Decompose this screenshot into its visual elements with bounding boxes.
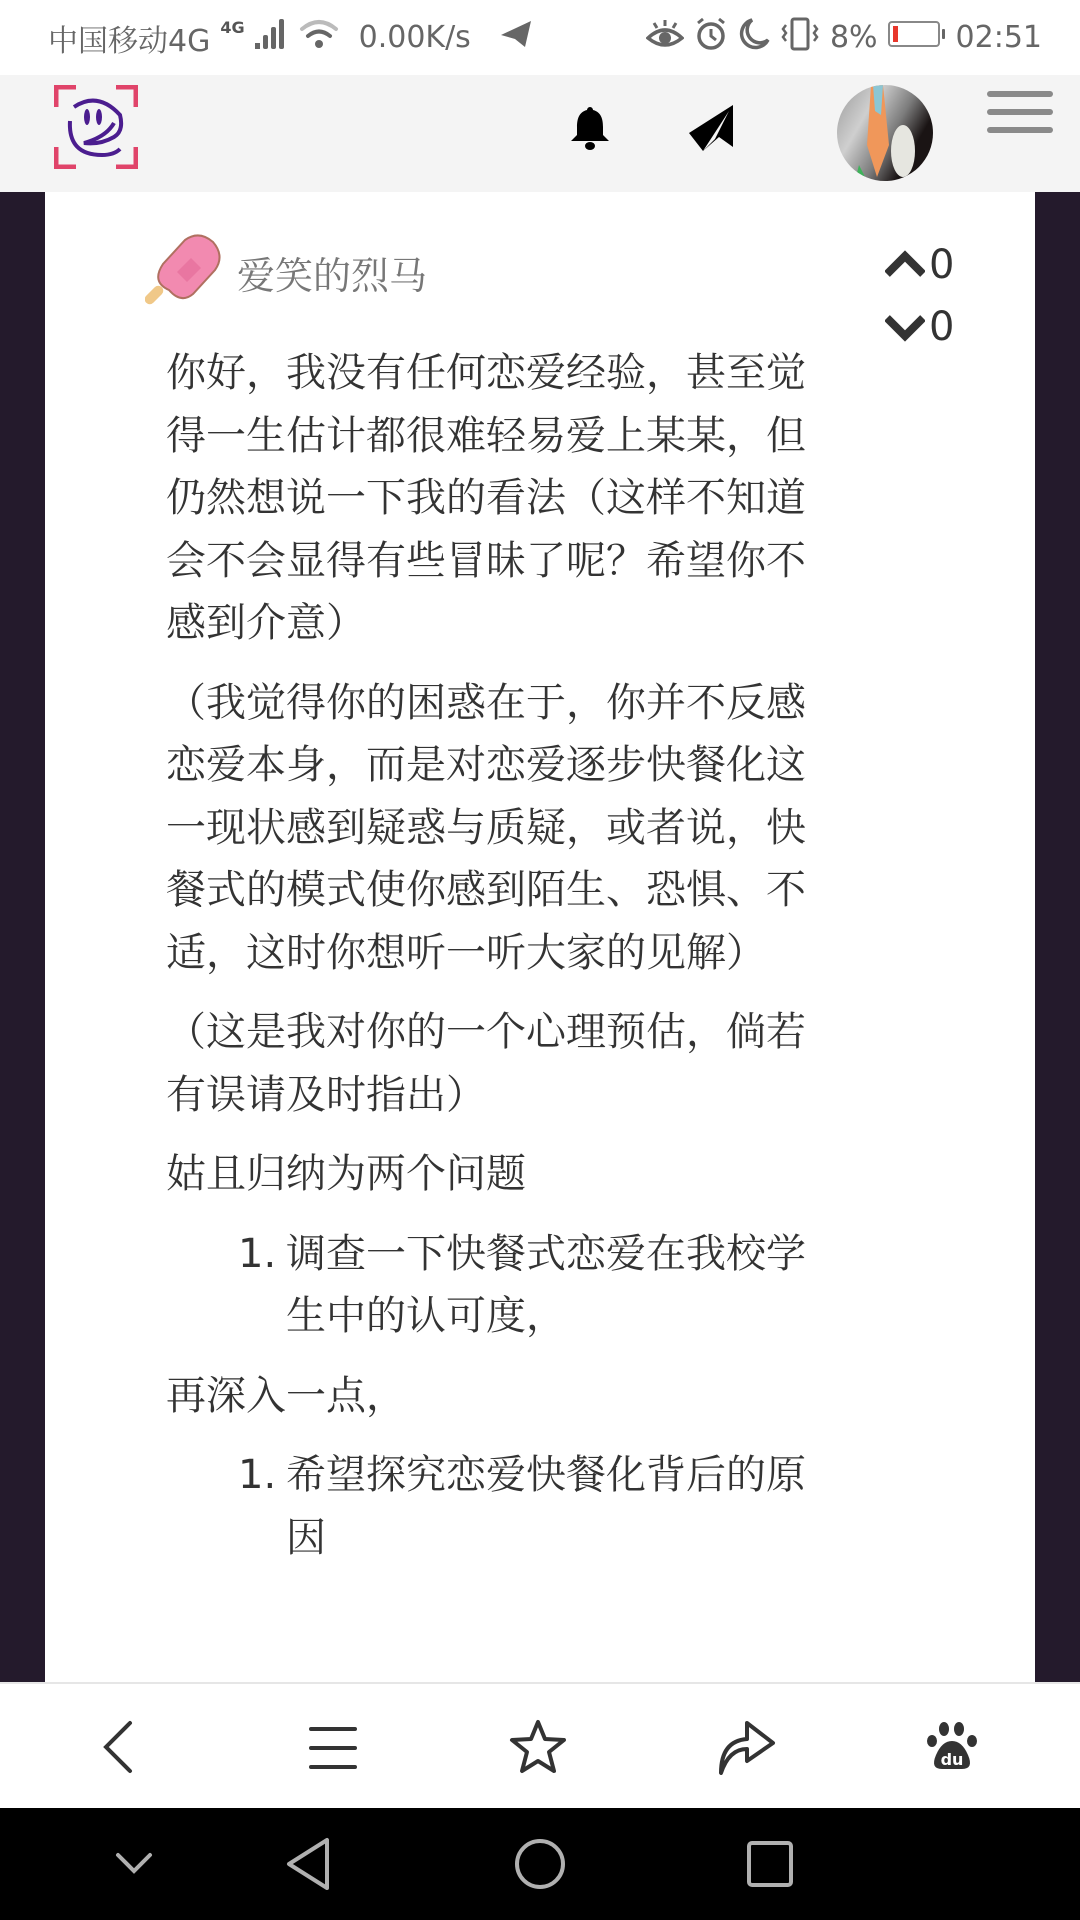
post-body: 你好，我没有任何恋爱经验，甚至觉得一生估计都很难轻易爱上某某，但仍然想说一下我的… (166, 342, 806, 1586)
list-item: 1. 调查一下快餐式恋爱在我校学生中的认可度， (238, 1223, 806, 1348)
list-item-text: 调查一下快餐式恋爱在我校学生中的认可度， (286, 1231, 806, 1340)
paper-plane-icon[interactable] (687, 103, 737, 153)
post-author[interactable]: 爱笑的烈马 (145, 232, 427, 312)
system-back-button[interactable] (278, 1834, 338, 1894)
signal-icon (255, 19, 289, 57)
vibrate-icon (780, 17, 820, 59)
chevron-left-icon (100, 1719, 140, 1775)
svg-text:du: du (941, 1750, 964, 1769)
upvote-button[interactable]: 0 (885, 234, 954, 296)
moon-icon (738, 18, 770, 58)
list-item: 1. 希望探究恋爱快餐化背后的原因 (238, 1444, 806, 1569)
author-name: 爱笑的烈马 (237, 245, 427, 300)
status-left: 中国移动4G 4G 0.00K/s (48, 0, 533, 75)
list-number: 1. (238, 1444, 276, 1507)
circle-home-icon (512, 1836, 568, 1892)
telegram-icon (499, 19, 533, 57)
menu-button[interactable] (298, 1712, 368, 1782)
user-avatar[interactable] (837, 85, 933, 181)
ordered-list: 1. 希望探究恋爱快餐化背后的原因 (166, 1444, 806, 1569)
clock: 02:51 (956, 20, 1042, 55)
share-arrow-icon (717, 1719, 777, 1775)
chevron-up-icon (885, 250, 925, 280)
baidu-paw-icon: du (926, 1721, 978, 1773)
vote-box: 0 0 (885, 234, 954, 358)
battery-icon (888, 19, 946, 57)
downvote-count: 0 (929, 304, 954, 350)
carrier-label: 中国移动4G (48, 16, 210, 60)
list-number: 1. (238, 1223, 276, 1286)
wifi-icon (299, 19, 339, 57)
home-button[interactable] (510, 1834, 570, 1894)
back-button[interactable] (85, 1712, 155, 1782)
star-icon (509, 1719, 567, 1775)
post-paragraph: （我觉得你的困惑在于，你并不反感恋爱本身，而是对恋爱逐步快餐化这一现状感到疑惑与… (166, 672, 806, 985)
ordered-list: 1. 调查一下快餐式恋爱在我校学生中的认可度， (166, 1223, 806, 1348)
browser-toolbar: du (0, 1682, 1080, 1808)
recents-button[interactable] (740, 1834, 800, 1894)
triangle-back-icon (283, 1836, 333, 1892)
post-paragraph: （这是我对你的一个心理预估，倘若有误请及时指出） (166, 1001, 806, 1126)
network-type-badge: 4G (220, 18, 244, 37)
upvote-count: 0 (929, 242, 954, 288)
downvote-button[interactable]: 0 (885, 296, 954, 358)
list-item-text: 希望探究恋爱快餐化背后的原因 (286, 1452, 806, 1561)
battery-percent: 8% (830, 20, 878, 55)
status-right: 8% 02:51 (646, 0, 1042, 75)
bookmark-button[interactable] (503, 1712, 573, 1782)
collapse-button[interactable] (104, 1834, 164, 1894)
chevron-down-icon (885, 312, 925, 342)
hamburger-menu-icon[interactable] (987, 91, 1053, 139)
notification-bell-icon[interactable] (565, 103, 615, 153)
share-button[interactable] (712, 1712, 782, 1782)
popsicle-icon (145, 232, 225, 312)
menu-icon (309, 1723, 357, 1771)
post-paragraph: 你好，我没有任何恋爱经验，甚至觉得一生估计都很难轻易爱上某某，但仍然想说一下我的… (166, 342, 806, 655)
network-speed: 0.00K/s (359, 20, 471, 55)
site-logo[interactable] (54, 85, 138, 169)
post-paragraph: 姑且归纳为两个问题 (166, 1143, 806, 1206)
post-card: 爱笑的烈马 0 0 你好，我没有任何恋爱经验，甚至觉得一生估计都很难轻易爱上某某… (45, 192, 1035, 1682)
post-paragraph: 再深入一点， (166, 1365, 806, 1428)
system-nav-bar (0, 1808, 1080, 1920)
baidu-button[interactable]: du (917, 1712, 987, 1782)
status-bar: 中国移动4G 4G 0.00K/s 8% 02:51 (0, 0, 1080, 75)
square-recents-icon (745, 1839, 795, 1889)
site-header (0, 75, 1080, 192)
eye-icon (646, 18, 684, 58)
alarm-icon (694, 17, 728, 59)
chevron-down-icon (114, 1849, 154, 1879)
